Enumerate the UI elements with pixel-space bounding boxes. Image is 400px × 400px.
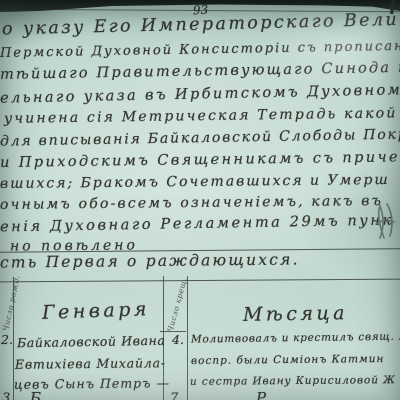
next-row-partial-2: Б bbox=[30, 391, 41, 400]
preamble-line-2: Пермской Духовной Консисторіи съ прописа… bbox=[0, 39, 400, 60]
preamble-line-5: учинена сія Метрическая Тетрадь какой Г bbox=[4, 106, 400, 126]
entry-line-2: Евтихіева Михайла- bbox=[15, 357, 166, 371]
record-line-3: и сестра Ивану Кирисиловой Ж bbox=[190, 375, 396, 387]
column-header-month-word: Мѣсяца bbox=[243, 304, 348, 325]
entry-line-1: Байкаловской Ивана bbox=[17, 335, 166, 350]
section-divider-line-bottom bbox=[0, 279, 400, 283]
table-vertical-line-mid-right bbox=[187, 276, 188, 400]
preamble-line-7: и Приходскимъ Священникамъ съ причетн bbox=[0, 150, 400, 170]
record-line-2: воспр. были Симіонъ Катмин bbox=[191, 354, 384, 367]
column-header-month-january: Генваря bbox=[42, 300, 151, 323]
next-row-partial-3: 7 bbox=[170, 392, 178, 400]
vertical-column-header-baptism: Число крещ. bbox=[166, 278, 189, 332]
next-row-partial-1: 3 bbox=[2, 392, 10, 400]
preamble-line-4: ельнаго указа въ Ирбитскомъ Духовномъ пр bbox=[0, 82, 400, 106]
manuscript-page-photo: 93 о указу Его Императорскаго Величест П… bbox=[0, 0, 400, 400]
preamble-line-10: енія Духовнаго Регламента 29мъ пунк bbox=[0, 214, 394, 235]
preamble-line-9: очнымъ обо-всемъ означеніемъ, какъ въ bbox=[0, 194, 383, 212]
preamble-line-6: для вписыванія Байкаловской Слободы Покр… bbox=[0, 127, 400, 148]
preamble-line-1: о указу Его Императорскаго Величест bbox=[2, 10, 400, 39]
preamble-line-3: тѣйшаго Правительствующаго Синода подт bbox=[0, 60, 400, 82]
pencil-scribble-icon bbox=[370, 198, 400, 244]
vertical-column-header-birth: Число рожд. bbox=[1, 277, 21, 332]
next-row-partial-4: Р bbox=[256, 391, 266, 400]
section-title: сть Первая о раждающихся. bbox=[0, 252, 300, 271]
record-line-1: Молитвовалъ и крестилъ свящ. Ва bbox=[191, 331, 400, 345]
preamble-line-8: вшихся; Бракомъ Сочетавшихся и Умерш bbox=[0, 173, 390, 191]
row-birth-day-number: 2. bbox=[1, 334, 13, 347]
row-baptism-day-number: 4. bbox=[172, 334, 184, 347]
